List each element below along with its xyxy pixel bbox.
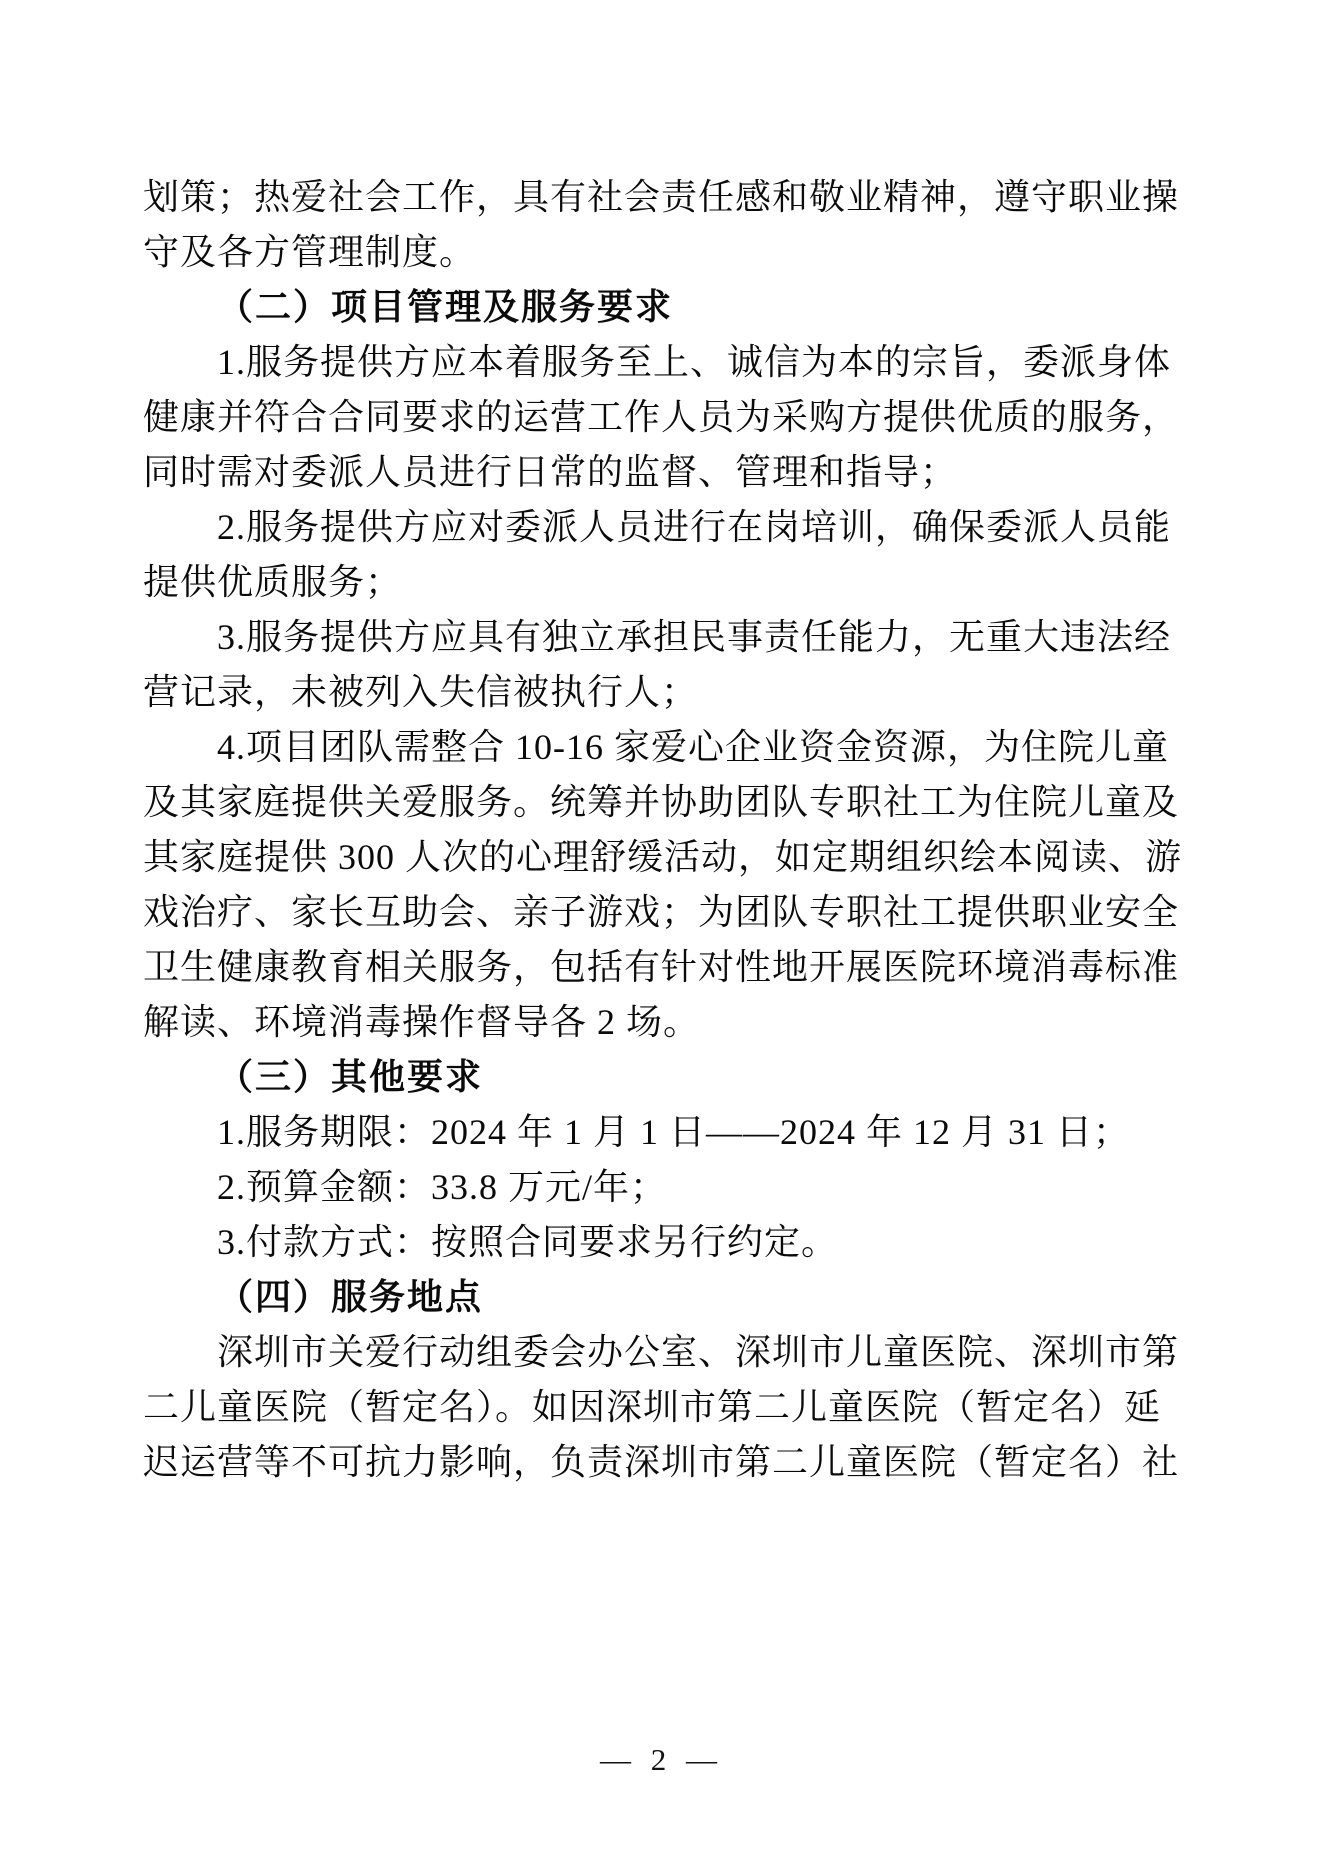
page-number: — 2 — [0, 1742, 1323, 1778]
section-heading: （二）项目管理及服务要求 [143, 280, 1183, 335]
text-line: 卫生健康教育相关服务，包括有针对性地开展医院环境消毒标准 [143, 940, 1183, 995]
text-line: 1.服务期限：2024 年 1 月 1 日——2024 年 12 月 31 日； [143, 1105, 1183, 1160]
section-heading: （四）服务地点 [143, 1270, 1183, 1325]
text-line: 二儿童医院（暂定名）。如因深圳市第二儿童医院（暂定名）延 [143, 1380, 1183, 1435]
text-line: 守及各方管理制度。 [143, 225, 1183, 280]
document-page: 划策；热爱社会工作，具有社会责任感和敬业精神，遵守职业操守及各方管理制度。（二）… [0, 0, 1323, 1871]
text-line: 健康并符合合同要求的运营工作人员为采购方提供优质的服务， [143, 390, 1183, 445]
text-line: 3.付款方式：按照合同要求另行约定。 [143, 1215, 1183, 1270]
section-heading: （三）其他要求 [143, 1050, 1183, 1105]
text-line: 4.项目团队需整合 10-16 家爱心企业资金资源，为住院儿童 [143, 720, 1183, 775]
text-line: 同时需对委派人员进行日常的监督、管理和指导； [143, 445, 1183, 500]
document-body: 划策；热爱社会工作，具有社会责任感和敬业精神，遵守职业操守及各方管理制度。（二）… [143, 170, 1183, 1490]
text-line: 1.服务提供方应本着服务至上、诚信为本的宗旨，委派身体 [143, 335, 1183, 390]
text-line: 及其家庭提供关爱服务。统筹并协助团队专职社工为住院儿童及 [143, 775, 1183, 830]
text-line: 2.服务提供方应对委派人员进行在岗培训，确保委派人员能 [143, 500, 1183, 555]
text-line: 迟运营等不可抗力影响，负责深圳市第二儿童医院（暂定名）社 [143, 1435, 1183, 1490]
text-line: 划策；热爱社会工作，具有社会责任感和敬业精神，遵守职业操 [143, 170, 1183, 225]
text-line: 营记录，未被列入失信被执行人； [143, 665, 1183, 720]
text-line: 提供优质服务； [143, 555, 1183, 610]
text-line: 其家庭提供 300 人次的心理舒缓活动，如定期组织绘本阅读、游 [143, 830, 1183, 885]
text-line: 深圳市关爱行动组委会办公室、深圳市儿童医院、深圳市第 [143, 1325, 1183, 1380]
text-line: 解读、环境消毒操作督导各 2 场。 [143, 995, 1183, 1050]
text-line: 戏治疗、家长互助会、亲子游戏；为团队专职社工提供职业安全 [143, 885, 1183, 940]
text-line: 2.预算金额：33.8 万元/年； [143, 1160, 1183, 1215]
text-line: 3.服务提供方应具有独立承担民事责任能力，无重大违法经 [143, 610, 1183, 665]
